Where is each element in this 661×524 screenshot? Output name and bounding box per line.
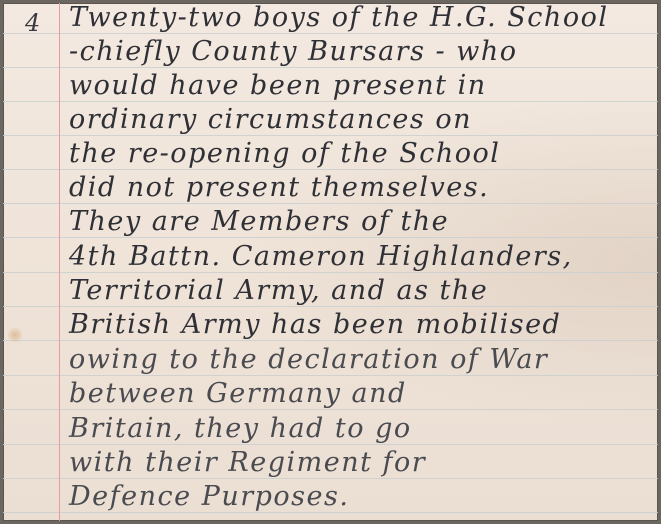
handwritten-line: Britain, they had to go [69,415,412,442]
age-stain [8,328,22,342]
handwritten-line: British Army has been mobilised [69,311,561,338]
ruled-line [3,272,658,273]
ruled-line [3,478,658,479]
ruled-line [3,33,658,34]
ruled-line [3,101,658,102]
ruled-line [3,169,658,170]
ruled-line [3,237,658,238]
handwritten-line: They are Members of the [69,208,449,235]
margin-line [59,3,60,521]
handwritten-line: with their Regiment for [69,449,426,476]
ruled-line [3,135,658,136]
ruled-line [3,375,658,376]
ruled-line [3,67,658,68]
entry-number: 4 [25,9,40,37]
handwritten-line: -chiefly County Bursars - who [69,38,518,65]
handwritten-line: would have been present in [69,72,487,99]
ruled-line [3,203,658,204]
handwritten-line: did not present themselves. [69,174,489,201]
handwritten-line: 4th Battn. Cameron Highlanders, [69,243,573,270]
ruled-line [3,409,658,410]
handwritten-line: the re-opening of the School [69,140,500,167]
handwritten-line: between Germany and [69,380,407,407]
ruled-line [3,512,658,513]
handwritten-line: owing to the declaration of War [69,346,548,373]
handwritten-line: Twenty-two boys of the H.G. School [69,4,608,31]
handwritten-line: Defence Purposes. [69,483,349,510]
log-book-page: 4 Twenty-two boys of the H.G. School -ch… [3,3,658,521]
handwritten-line: ordinary circumstances on [69,106,472,133]
ruled-line [3,340,658,341]
ruled-line [3,306,658,307]
handwritten-line: Territorial Army, and as the [69,277,488,304]
ruled-line [3,444,658,445]
